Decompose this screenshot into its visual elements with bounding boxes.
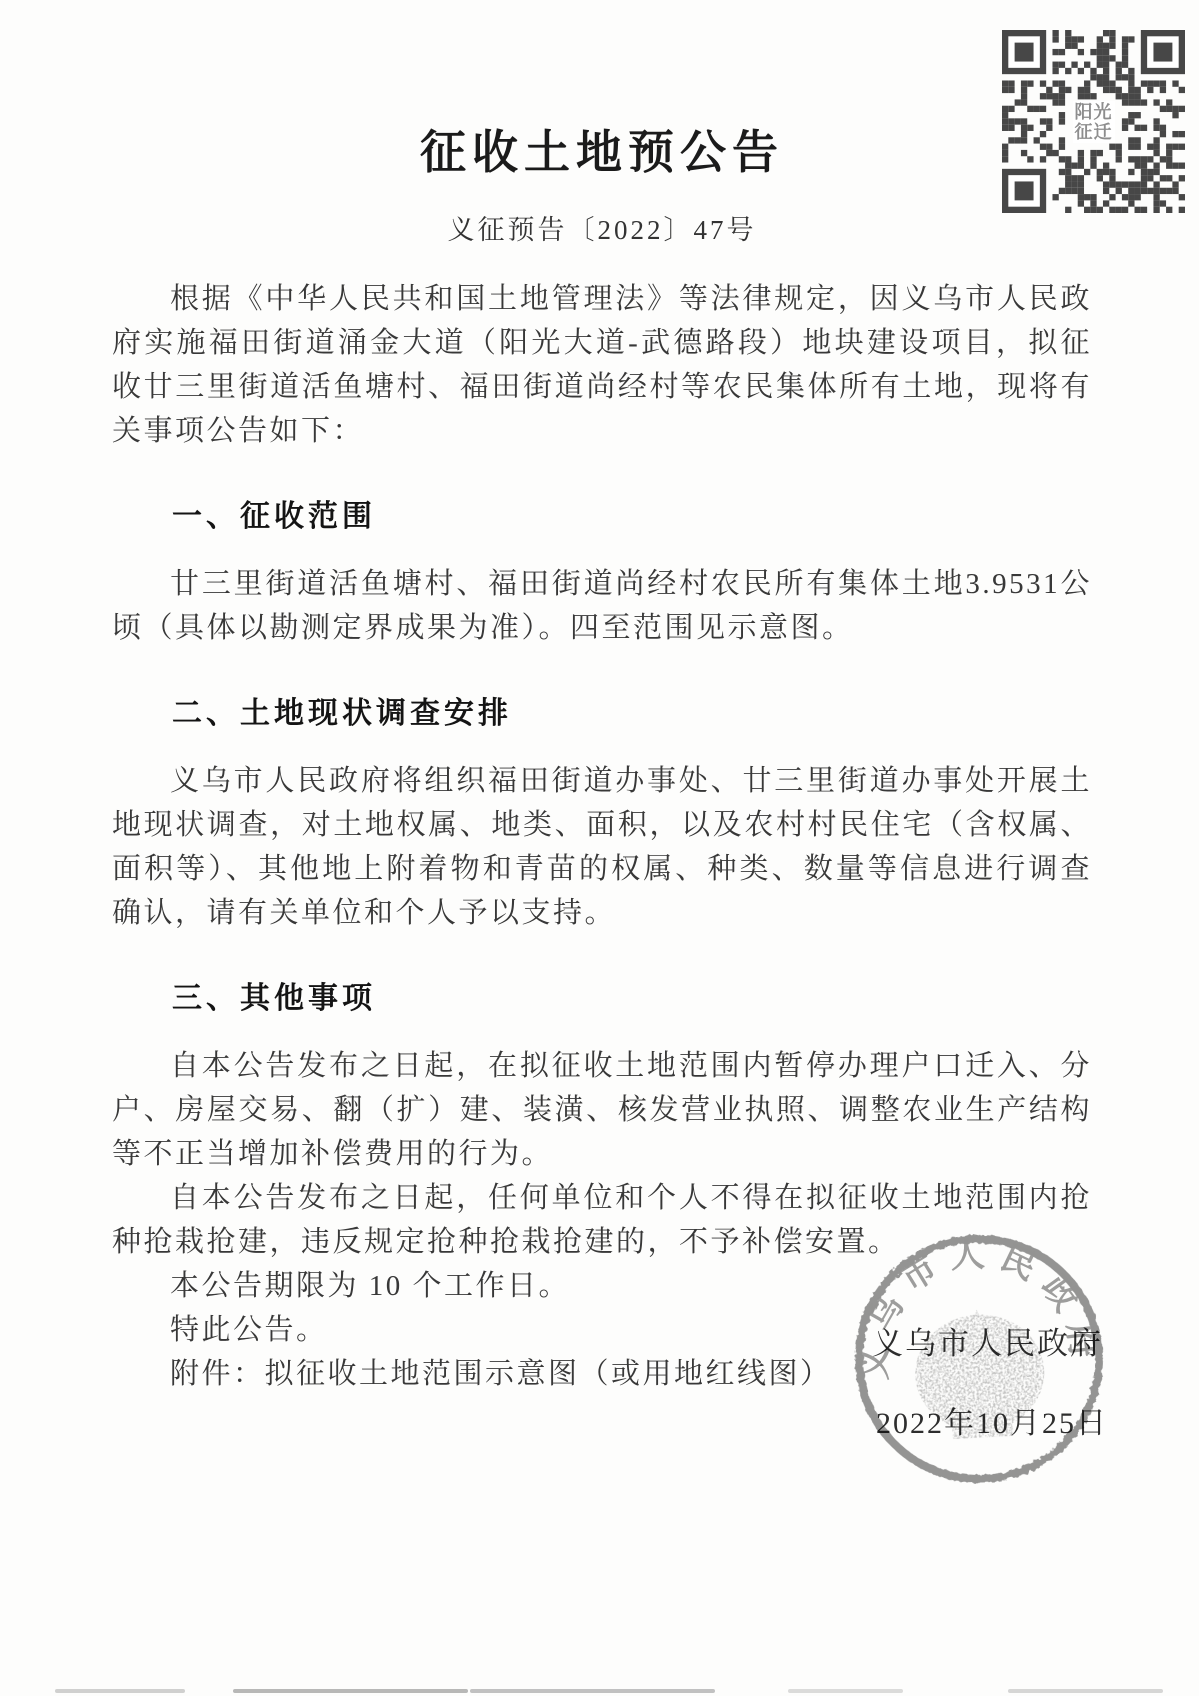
section-2-heading: 二、土地现状调查安排 — [112, 688, 1092, 732]
section-1-heading: 一、征收范围 — [112, 491, 1092, 535]
signature-date: 2022年10月25日 — [876, 1398, 1108, 1442]
document-title: 征收土地预公告 — [112, 116, 1092, 182]
section-3-heading: 三、其他事项 — [112, 973, 1092, 1017]
section-1: 一、征收范围 廿三里街道活鱼塘村、福田街道尚经村农民所有集体土地3.9531公顷… — [112, 491, 1092, 650]
scan-artifact — [55, 1689, 185, 1693]
document-number: 义征预告〔2022〕47号 — [112, 208, 1092, 247]
section-3-paragraph-2: 自本公告发布之日起，任何单位和个人不得在拟征收土地范围内抢种抢栽抢建，违反规定抢… — [112, 1176, 1092, 1264]
section-2-paragraph: 义乌市人民政府将组织福田街道办事处、廿三里街道办事处开展土地现状调查，对土地权属… — [112, 759, 1092, 935]
scanned-document-page: 阳光 征迁 征收土地预公告 义征预告〔2022〕47号 根据《中华人民共和国土地… — [0, 0, 1199, 1696]
scan-artifact — [233, 1689, 468, 1693]
scan-artifact — [1008, 1689, 1163, 1693]
section-3-paragraph-3: 本公告期限为 10 个工作日。 — [112, 1264, 1092, 1308]
section-1-paragraph: 廿三里街道活鱼塘村、福田街道尚经村农民所有集体土地3.9531公顷（具体以勘测定… — [112, 562, 1092, 650]
document-body: 征收土地预公告 义征预告〔2022〕47号 根据《中华人民共和国土地管理法》等法… — [112, 0, 1092, 1396]
scan-artifact — [788, 1689, 903, 1693]
signature-issuer: 义乌市人民政府 — [872, 1318, 1103, 1363]
intro-paragraph: 根据《中华人民共和国土地管理法》等法律规定，因义乌市人民政府实施福田街道涌金大道… — [112, 277, 1092, 453]
section-2: 二、土地现状调查安排 义乌市人民政府将组织福田街道办事处、廿三里街道办事处开展土… — [112, 688, 1092, 935]
section-3-paragraph-1: 自本公告发布之日起，在拟征收土地范围内暂停办理户口迁入、分户、房屋交易、翻（扩）… — [112, 1044, 1092, 1176]
scan-artifact — [470, 1689, 715, 1693]
